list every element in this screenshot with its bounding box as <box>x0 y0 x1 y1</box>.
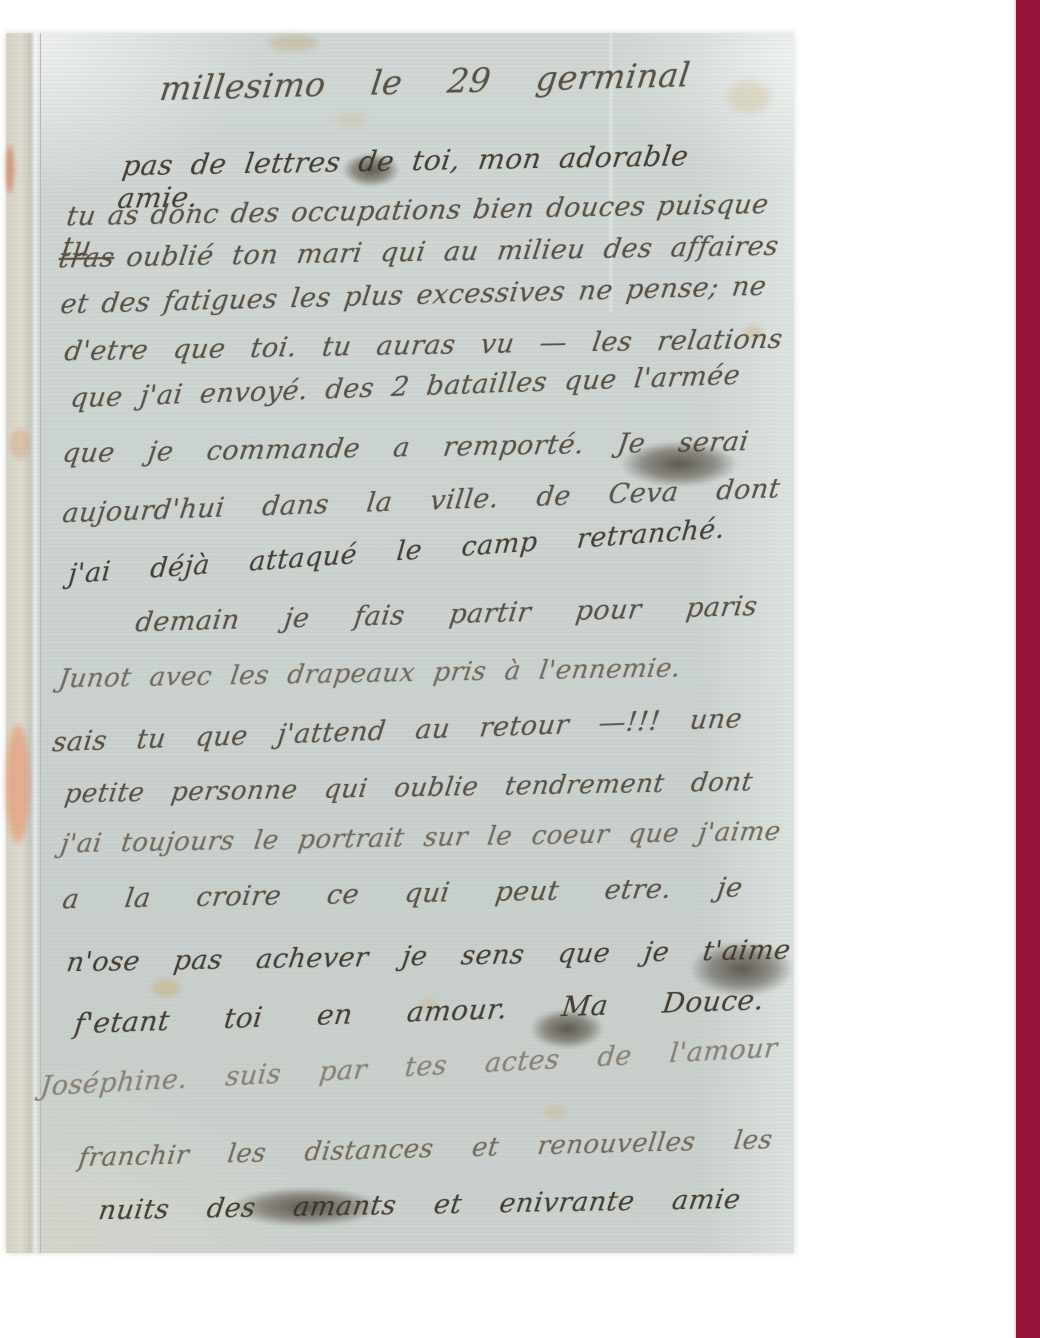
line-text: demain je fais partir pour paris <box>134 591 760 638</box>
struck-word: tras <box>57 242 117 274</box>
dateline-text: millesimo le 29 germinal <box>158 55 693 108</box>
handwritten-line: n'ose pas achever je sens que je t'aime <box>63 934 793 989</box>
line-text: d'etre que toi. tu auras vu — les relati… <box>63 323 785 367</box>
handwritten-line: petite personne qui oublie tendrement do… <box>61 767 755 821</box>
maroon-binding-stripe <box>1014 0 1040 1338</box>
left-fold-crease <box>6 33 41 1253</box>
line-text: nuits des amants et enivrante amie <box>97 1184 743 1226</box>
line-text: que je commande a remporté. Je serai <box>61 426 751 469</box>
handwritten-line: sais tu que j'attend au retour —!!! une <box>49 703 744 769</box>
stain <box>728 81 770 113</box>
line-text: a la croire ce qui peut etre. je <box>61 872 745 915</box>
stain <box>544 1105 566 1119</box>
line-text: f'etant toi en amour. Ma Douce. <box>73 983 767 1040</box>
handwritten-line: nuits des amants et enivrante amie <box>95 1184 743 1237</box>
handwritten-line: Junot avec les drapeaux pris à l'ennemie… <box>55 653 683 706</box>
line-text: franchir les distances et renouvelles le… <box>77 1125 775 1173</box>
stain <box>270 35 318 51</box>
letter-page: millesimo le 29 germinal pas de lettres … <box>6 33 794 1253</box>
scanned-letter-photograph: millesimo le 29 germinal pas de lettres … <box>0 0 1040 1338</box>
stain <box>336 113 366 127</box>
line-text: petite personne qui oublie tendrement do… <box>63 767 755 809</box>
handwritten-line: a la croire ce qui peut etre. je <box>59 872 745 926</box>
line-text: j'ai toujours le portrait sur le coeur q… <box>59 816 783 859</box>
line-text: sais tu que j'attend au retour —!!! une <box>51 703 744 758</box>
handwritten-line: franchir les distances et renouvelles le… <box>75 1125 774 1185</box>
handwritten-line: demain je fais partir pour paris <box>132 591 759 649</box>
handwritten-line: j'ai toujours le portrait sur le coeur q… <box>57 816 783 871</box>
line-text: Junot avec les drapeaux pris à l'ennemie… <box>57 653 683 694</box>
letter-dateline: millesimo le 29 germinal <box>157 55 692 111</box>
handwritten-line: que je commande a remporté. Je serai <box>59 426 751 480</box>
line-text: n'ose pas achever je sens que je t'aime <box>65 934 793 978</box>
handwritten-line: pas de lettres de toi, mon adorable amie… <box>119 139 691 191</box>
